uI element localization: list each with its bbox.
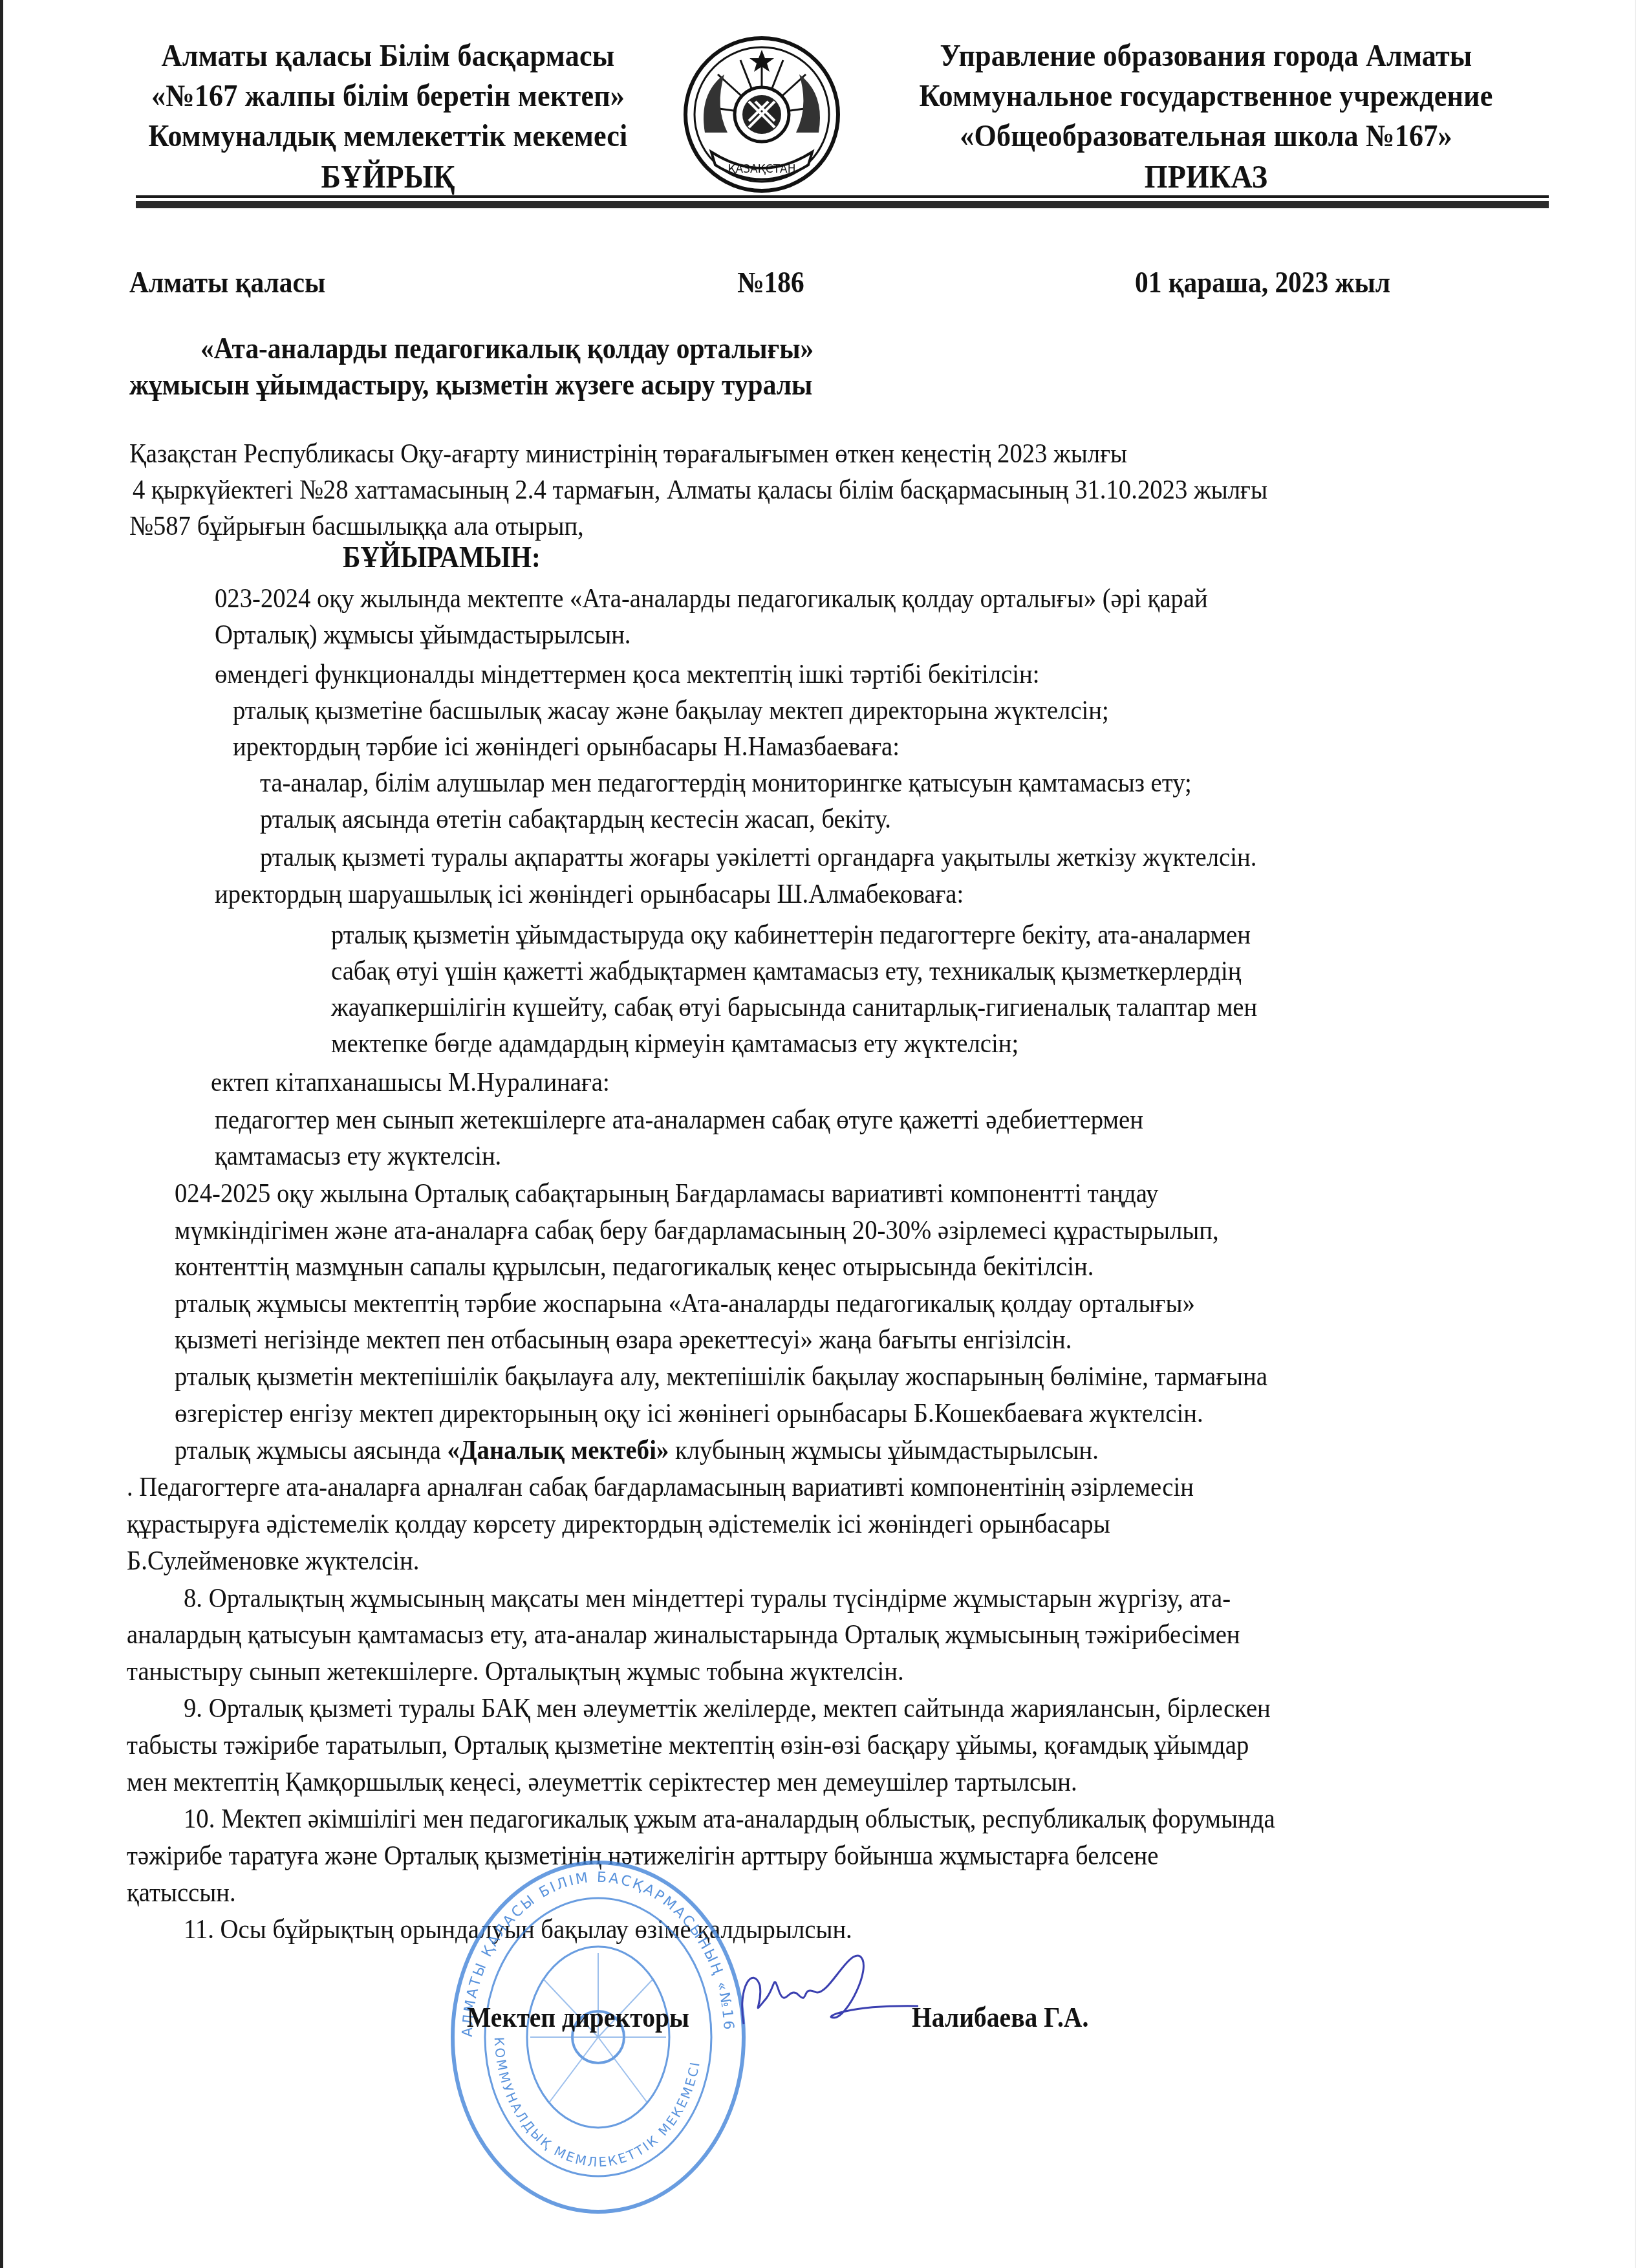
- order-item-6-text: ртaлық жұмысы аясында: [175, 1435, 447, 1465]
- order-item-1: Орталық) жұмысы ұйымдастырылсын.: [215, 618, 631, 652]
- document-subject: жұмысын ұйымдастыру, қызметін жүзеге асы…: [129, 367, 812, 402]
- order-item-2-3: ирeктордың шаруашылық ісі жөніндегі орын…: [215, 878, 964, 911]
- order-item-10: 10. Мектеп әкімшілігі мен педагогикалық …: [184, 1802, 1275, 1836]
- handwritten-signature-icon: [724, 1947, 918, 2037]
- scan-edge: [1635, 0, 1636, 2268]
- header-kazakh: Алматы қаласы Білім басқармасы «№167 жал…: [126, 36, 650, 197]
- order-item-3: 024-2025 оқу жылына Орталық сабақтарының…: [175, 1177, 1158, 1211]
- header-line: «№167 жалпы білім беретін мектеп»: [126, 76, 650, 116]
- header-line: Коммуналдық мемлекеттік мекемесі: [126, 116, 650, 157]
- order-item-2-4-text: педагогтер мен сынып жетекшілерге ата-ан…: [215, 1103, 1143, 1137]
- order-item-9: табысты тәжірибе таратылып, Орталық қызм…: [127, 1729, 1249, 1762]
- document-page: Алматы қаласы Білім басқармасы «№167 жал…: [0, 0, 1649, 2268]
- order-item-3: контенттің мазмұнын сапалы құрылсын, пед…: [175, 1250, 1094, 1284]
- scan-edge: [0, 0, 3, 2268]
- order-item-5: ртaлық қызметін мектепішілік бақылауға а…: [175, 1360, 1267, 1394]
- order-item-7: Б.Сулейменовке жүктелсін.: [127, 1544, 419, 1578]
- header-line: Управление образования города Алматы: [890, 36, 1521, 76]
- order-item-8: 8. Орталықтың жұмысының мақсаты мен мінд…: [184, 1582, 1231, 1615]
- document-date: 01 қараша, 2023 жыл: [1135, 265, 1390, 299]
- preamble-line: №587 бұйрығын басшылыққа ала отырып,: [129, 510, 584, 543]
- official-stamp-icon: АЛМАТЫ ҚАЛАСЫ БІЛІМ БАСҚАРМАСЫНЫҢ «№167 …: [446, 1856, 750, 2218]
- header-divider: [136, 201, 1549, 208]
- order-item-2-3-text: ртaлық қызметін ұйымдастыруда оқу кабине…: [331, 918, 1251, 952]
- order-item-5: өзгерістер енгізу мектеп директорының оқ…: [175, 1397, 1203, 1431]
- order-item-2-2-a: та-аналар, білім алушылар мен педагогтер…: [260, 766, 1192, 800]
- order-item-7: құрастыруға әдістемелік қолдау көрсету д…: [127, 1507, 1110, 1541]
- order-item-6: ртaлық жұмысы аясында «Даналық мектебі» …: [175, 1434, 1099, 1467]
- document-subject: «Ата-аналарды педагогикалық қолдау ортал…: [200, 331, 814, 365]
- order-item-6-text: клубының жұмысы ұйымдастырылсын.: [669, 1435, 1099, 1465]
- order-item-8: аналардың қатысуын қамтамасыз ету, ата-а…: [127, 1618, 1240, 1652]
- order-item-10: қатыссын.: [127, 1876, 236, 1910]
- document-city: Алматы қаласы: [129, 265, 325, 299]
- order-item-2-4: ектеп кітапханашысы М.Нуралинаға:: [211, 1066, 610, 1099]
- header-line: Алматы қаласы Білім басқармасы: [126, 36, 650, 76]
- order-item-7: . Педагогтерге ата-аналарға арналған саб…: [127, 1471, 1194, 1504]
- order-item-2-3-text: сабақ өтуі үшін қажетті жабдықтармен қам…: [331, 955, 1241, 988]
- order-item-2: өмендегі функционалды міндеттермен қоса …: [215, 658, 1039, 691]
- order-item-2-4-text: қамтамасыз ету жүктелсін.: [215, 1139, 501, 1173]
- svg-text:ҚАЗАҚСТАН: ҚАЗАҚСТАН: [728, 163, 796, 176]
- document-number: №186: [737, 265, 804, 299]
- club-name: «Даналық мектебі»: [447, 1435, 669, 1465]
- order-item-3: мүмкіндігімен және ата-аналарға сабақ бе…: [175, 1214, 1219, 1247]
- header-russian: Управление образования города Алматы Ком…: [890, 36, 1521, 197]
- document-type-kazakh: БҰЙРЫҚ: [126, 157, 650, 197]
- order-item-2-1: ртaлық қызметіне басшылық жасау және бақ…: [233, 694, 1109, 728]
- order-item-2-3-text: мектепке бөгде адамдардың кірмеуін қамта…: [331, 1027, 1018, 1061]
- svg-text:КОММУНАЛДЫҚ МЕМЛЕКЕТТІК МЕКЕМЕ: КОММУНАЛДЫҚ МЕМЛЕКЕТТІК МЕКЕМЕСІ: [491, 2036, 703, 2170]
- signatory-name: Налибаева Г.А.: [912, 2001, 1088, 2034]
- header-divider: [136, 195, 1549, 198]
- order-word: БҰЙЫРАМЫН:: [343, 540, 541, 574]
- order-item-9: 9. Орталық қызметі туралы БАҚ мен әлеуме…: [184, 1692, 1271, 1725]
- order-item-2-2-c: ртaлық қызметі туралы ақпаратты жоғары у…: [260, 841, 1256, 874]
- order-item-2-2: ирeктордың тәрбие ісі жөніндегі орынбаса…: [233, 730, 900, 764]
- signatory-title: Мектеп директоры: [467, 2001, 689, 2034]
- order-item-2-2-b: ртaлық аясында өтетін сабақтардың кестес…: [260, 803, 891, 836]
- order-item-2-3-text: жауапкершілігін күшейту, сабақ өтуі бары…: [331, 991, 1257, 1024]
- header-line: «Общеобразовательная школа №167»: [890, 116, 1521, 157]
- preamble-line: Қазақстан Республикасы Оқу-ағарту минист…: [129, 437, 1127, 471]
- order-item-4: ртaлық жұмысы мектептің тәрбие жоспарына…: [175, 1287, 1195, 1321]
- order-item-1: 023-2024 оқу жылында мектепте «Ата-анала…: [215, 582, 1208, 616]
- preamble-line: 4 қыркүйектегі №28 хаттамасының 2.4 тарм…: [133, 473, 1267, 507]
- document-type-russian: ПРИКАЗ: [890, 157, 1521, 197]
- order-item-4: қызметі негізінде мектеп пен отбасының ө…: [175, 1323, 1072, 1357]
- order-item-9: мен мектептің Қамқоршылық кеңесі, әлеуме…: [127, 1766, 1077, 1799]
- header-line: Коммунальное государственное учреждение: [890, 76, 1521, 116]
- order-item-8: таныстыру сынып жетекшілерге. Орталықтың…: [127, 1655, 904, 1689]
- kazakhstan-state-emblem-icon: ҚАЗАҚСТАН: [679, 36, 845, 194]
